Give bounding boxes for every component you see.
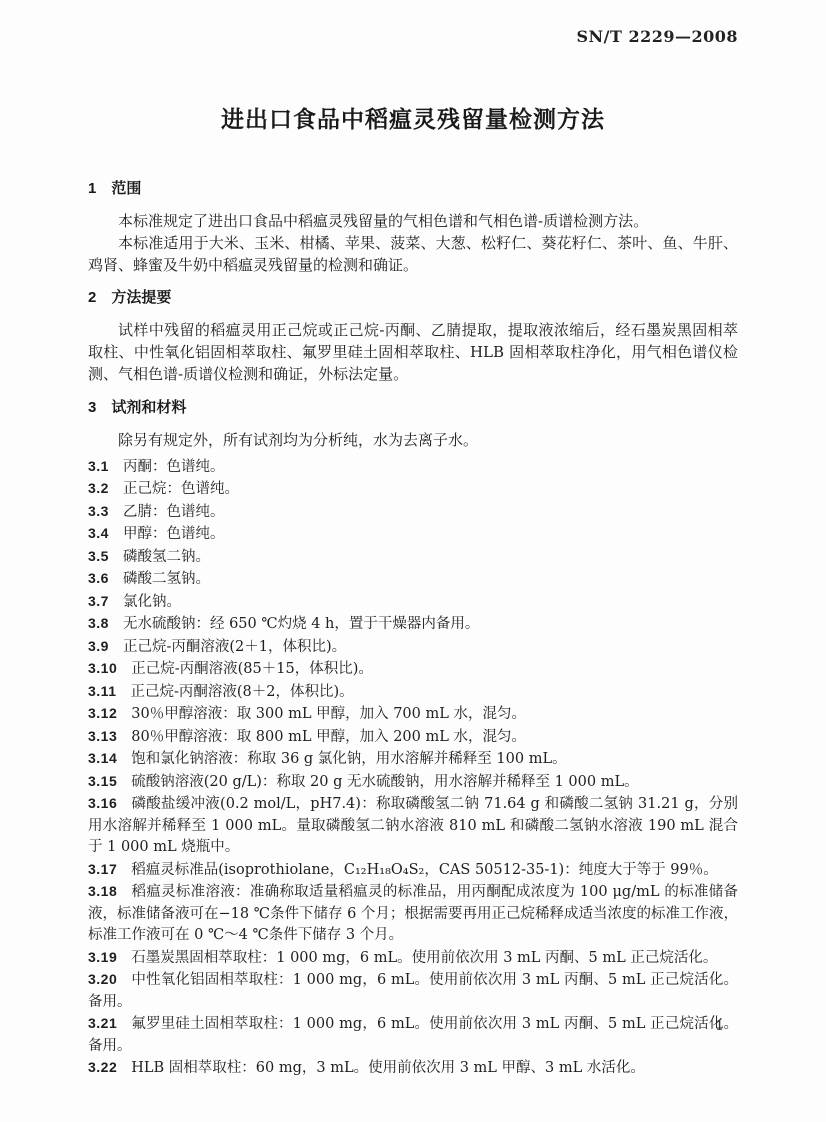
item-text: 30％甲醇溶液：取 300 mL 甲醇，加入 700 mL 水，混匀。 <box>131 706 526 722</box>
reagent-item: 3.14饱和氯化钠溶液：称取 36 g 氯化钠，用水溶解并稀释至 100 mL。 <box>88 748 738 771</box>
reagent-item: 3.9正己烷-丙酮溶液(2＋1，体积比)。 <box>88 636 738 659</box>
item-text: 磷酸盐缓冲液(0.2 mol/L，pH7.4)：称取磷酸氢二钠 71.64 g … <box>88 796 738 855</box>
standard-code: SN/T 2229—2008 <box>88 27 738 47</box>
summary-paragraph: 试样中残留的稻瘟灵用正己烷或正己烷-丙酮、乙腈提取，提取液浓缩后，经石墨炭黑固相… <box>88 320 738 385</box>
section-title: 试剂和材料 <box>111 399 186 416</box>
item-number: 3.12 <box>88 703 117 725</box>
section-heading-summary: 2方法提要 <box>88 289 738 306</box>
reagent-item: 3.3乙腈：色谱纯。 <box>88 501 738 524</box>
item-text: 氯化钠。 <box>123 594 181 610</box>
item-number: 3.4 <box>88 523 109 545</box>
reagent-item: 3.4甲醇：色谱纯。 <box>88 523 738 546</box>
item-number: 3.14 <box>88 748 117 770</box>
item-number: 3.9 <box>88 636 109 658</box>
item-number: 3.20 <box>88 969 117 991</box>
reagent-item: 3.16磷酸盐缓冲液(0.2 mol/L，pH7.4)：称取磷酸氢二钠 71.6… <box>88 793 738 859</box>
item-text: 正己烷-丙酮溶液(2＋1，体积比)。 <box>123 639 346 655</box>
reagent-item: 3.1丙酮：色谱纯。 <box>88 456 738 479</box>
item-text: 饱和氯化钠溶液：称取 36 g 氯化钠，用水溶解并稀释至 100 mL。 <box>131 751 566 767</box>
reagent-item: 3.2正己烷：色谱纯。 <box>88 478 738 501</box>
document-page: SN/T 2229—2008 进出口食品中稻瘟灵残留量检测方法 1范围 本标准规… <box>0 0 826 1122</box>
item-text: 80％甲醇溶液：取 800 mL 甲醇，加入 200 mL 水，混匀。 <box>131 729 526 745</box>
item-text: 正己烷-丙酮溶液(85＋15，体积比)。 <box>131 661 373 677</box>
item-text: 稻瘟灵标准品(isoprothiolane，C₁₂H₁₈O₄S₂，CAS 505… <box>131 862 718 878</box>
item-text: 磷酸二氢钠。 <box>123 571 210 587</box>
item-text: 甲醇：色谱纯。 <box>123 526 225 542</box>
reagent-item: 3.19石墨炭黑固相萃取柱：1 000 mg，6 mL。使用前依次用 3 mL … <box>88 947 738 970</box>
item-number: 3.2 <box>88 478 109 500</box>
item-text: 正己烷：色谱纯。 <box>123 481 239 497</box>
item-text: 氟罗里硅土固相萃取柱：1 000 mg，6 mL。使用前依次用 3 mL 丙酮、… <box>88 1016 738 1054</box>
section-number: 3 <box>88 399 96 416</box>
section-heading-reagents: 3试剂和材料 <box>88 399 738 416</box>
section-number: 1 <box>88 180 96 197</box>
reagent-item: 3.22HLB 固相萃取柱：60 mg，3 mL。使用前依次用 3 mL 甲醇、… <box>88 1057 738 1080</box>
item-number: 3.1 <box>88 456 109 478</box>
item-number: 3.15 <box>88 771 117 793</box>
reagent-item: 3.8无水硫酸钠：经 650 ℃灼烧 4 h，置于干燥器内备用。 <box>88 613 738 636</box>
item-text: 中性氧化铝固相萃取柱：1 000 mg，6 mL。使用前依次用 3 mL 丙酮、… <box>88 972 738 1010</box>
item-text: 磷酸氢二钠。 <box>123 549 210 565</box>
reagents-intro: 除另有规定外，所有试剂均为分析纯，水为去离子水。 <box>88 430 738 452</box>
reagent-item: 3.20中性氧化铝固相萃取柱：1 000 mg，6 mL。使用前依次用 3 mL… <box>88 969 738 1013</box>
item-number: 3.22 <box>88 1057 117 1079</box>
item-text: 石墨炭黑固相萃取柱：1 000 mg，6 mL。使用前依次用 3 mL 丙酮、5… <box>131 950 717 966</box>
reagent-item: 3.11正己烷-丙酮溶液(8＋2，体积比)。 <box>88 681 738 704</box>
item-text: 正己烷-丙酮溶液(8＋2，体积比)。 <box>130 684 353 700</box>
page-content: SN/T 2229—2008 进出口食品中稻瘟灵残留量检测方法 1范围 本标准规… <box>0 0 826 1080</box>
section-heading-scope: 1范围 <box>88 180 738 197</box>
reagent-item: 3.6磷酸二氢钠。 <box>88 568 738 591</box>
reagent-item: 3.15硫酸钠溶液(20 g/L)：称取 20 g 无水硫酸钠，用水溶解并稀释至… <box>88 771 738 794</box>
reagent-item: 3.1230％甲醇溶液：取 300 mL 甲醇，加入 700 mL 水，混匀。 <box>88 703 738 726</box>
scope-paragraph-1: 本标准规定了进出口食品中稻瘟灵残留量的气相色谱和气相色谱-质谱检测方法。 <box>88 211 738 233</box>
reagent-item: 3.7氯化钠。 <box>88 591 738 614</box>
item-text: 硫酸钠溶液(20 g/L)：称取 20 g 无水硫酸钠，用水溶解并稀释至 1 0… <box>131 774 638 790</box>
item-number: 3.8 <box>88 613 109 635</box>
reagent-item: 3.1380％甲醇溶液：取 800 mL 甲醇，加入 200 mL 水，混匀。 <box>88 726 738 749</box>
item-text: 稻瘟灵标准溶液：准确称取适量稻瘟灵的标准品，用丙酮配成浓度为 100 μg/mL… <box>88 884 738 943</box>
document-title: 进出口食品中稻瘟灵残留量检测方法 <box>88 104 738 135</box>
item-number: 3.11 <box>88 681 116 703</box>
item-text: HLB 固相萃取柱：60 mg，3 mL。使用前依次用 3 mL 甲醇、3 mL… <box>131 1060 645 1076</box>
reagent-item: 3.18稻瘟灵标准溶液：准确称取适量稻瘟灵的标准品，用丙酮配成浓度为 100 μ… <box>88 881 738 947</box>
item-number: 3.18 <box>88 881 117 903</box>
reagent-item-list: 3.1丙酮：色谱纯。 3.2正己烷：色谱纯。 3.3乙腈：色谱纯。 3.4甲醇：… <box>88 456 738 1080</box>
section-number: 2 <box>88 289 96 306</box>
item-text: 丙酮：色谱纯。 <box>123 459 225 475</box>
item-number: 3.13 <box>88 726 117 748</box>
item-number: 3.21 <box>88 1013 117 1035</box>
section-title: 范围 <box>111 180 141 197</box>
item-number: 3.10 <box>88 658 117 680</box>
section-title: 方法提要 <box>111 289 171 306</box>
item-text: 无水硫酸钠：经 650 ℃灼烧 4 h，置于干燥器内备用。 <box>123 616 479 632</box>
item-text: 乙腈：色谱纯。 <box>123 504 225 520</box>
reagent-item: 3.17稻瘟灵标准品(isoprothiolane，C₁₂H₁₈O₄S₂，CAS… <box>88 859 738 882</box>
scope-paragraph-2: 本标准适用于大米、玉米、柑橘、苹果、菠菜、大葱、松籽仁、葵花籽仁、茶叶、鱼、牛肝… <box>88 233 738 277</box>
item-number: 3.3 <box>88 501 109 523</box>
reagent-item: 3.21氟罗里硅土固相萃取柱：1 000 mg，6 mL。使用前依次用 3 mL… <box>88 1013 738 1057</box>
item-number: 3.5 <box>88 546 109 568</box>
item-number: 3.19 <box>88 947 117 969</box>
item-number: 3.6 <box>88 568 109 590</box>
page-number: 1 <box>715 1018 724 1034</box>
reagent-item: 3.5磷酸氢二钠。 <box>88 546 738 569</box>
item-number: 3.17 <box>88 859 117 881</box>
item-number: 3.7 <box>88 591 109 613</box>
reagent-item: 3.10正己烷-丙酮溶液(85＋15，体积比)。 <box>88 658 738 681</box>
item-number: 3.16 <box>88 793 117 815</box>
